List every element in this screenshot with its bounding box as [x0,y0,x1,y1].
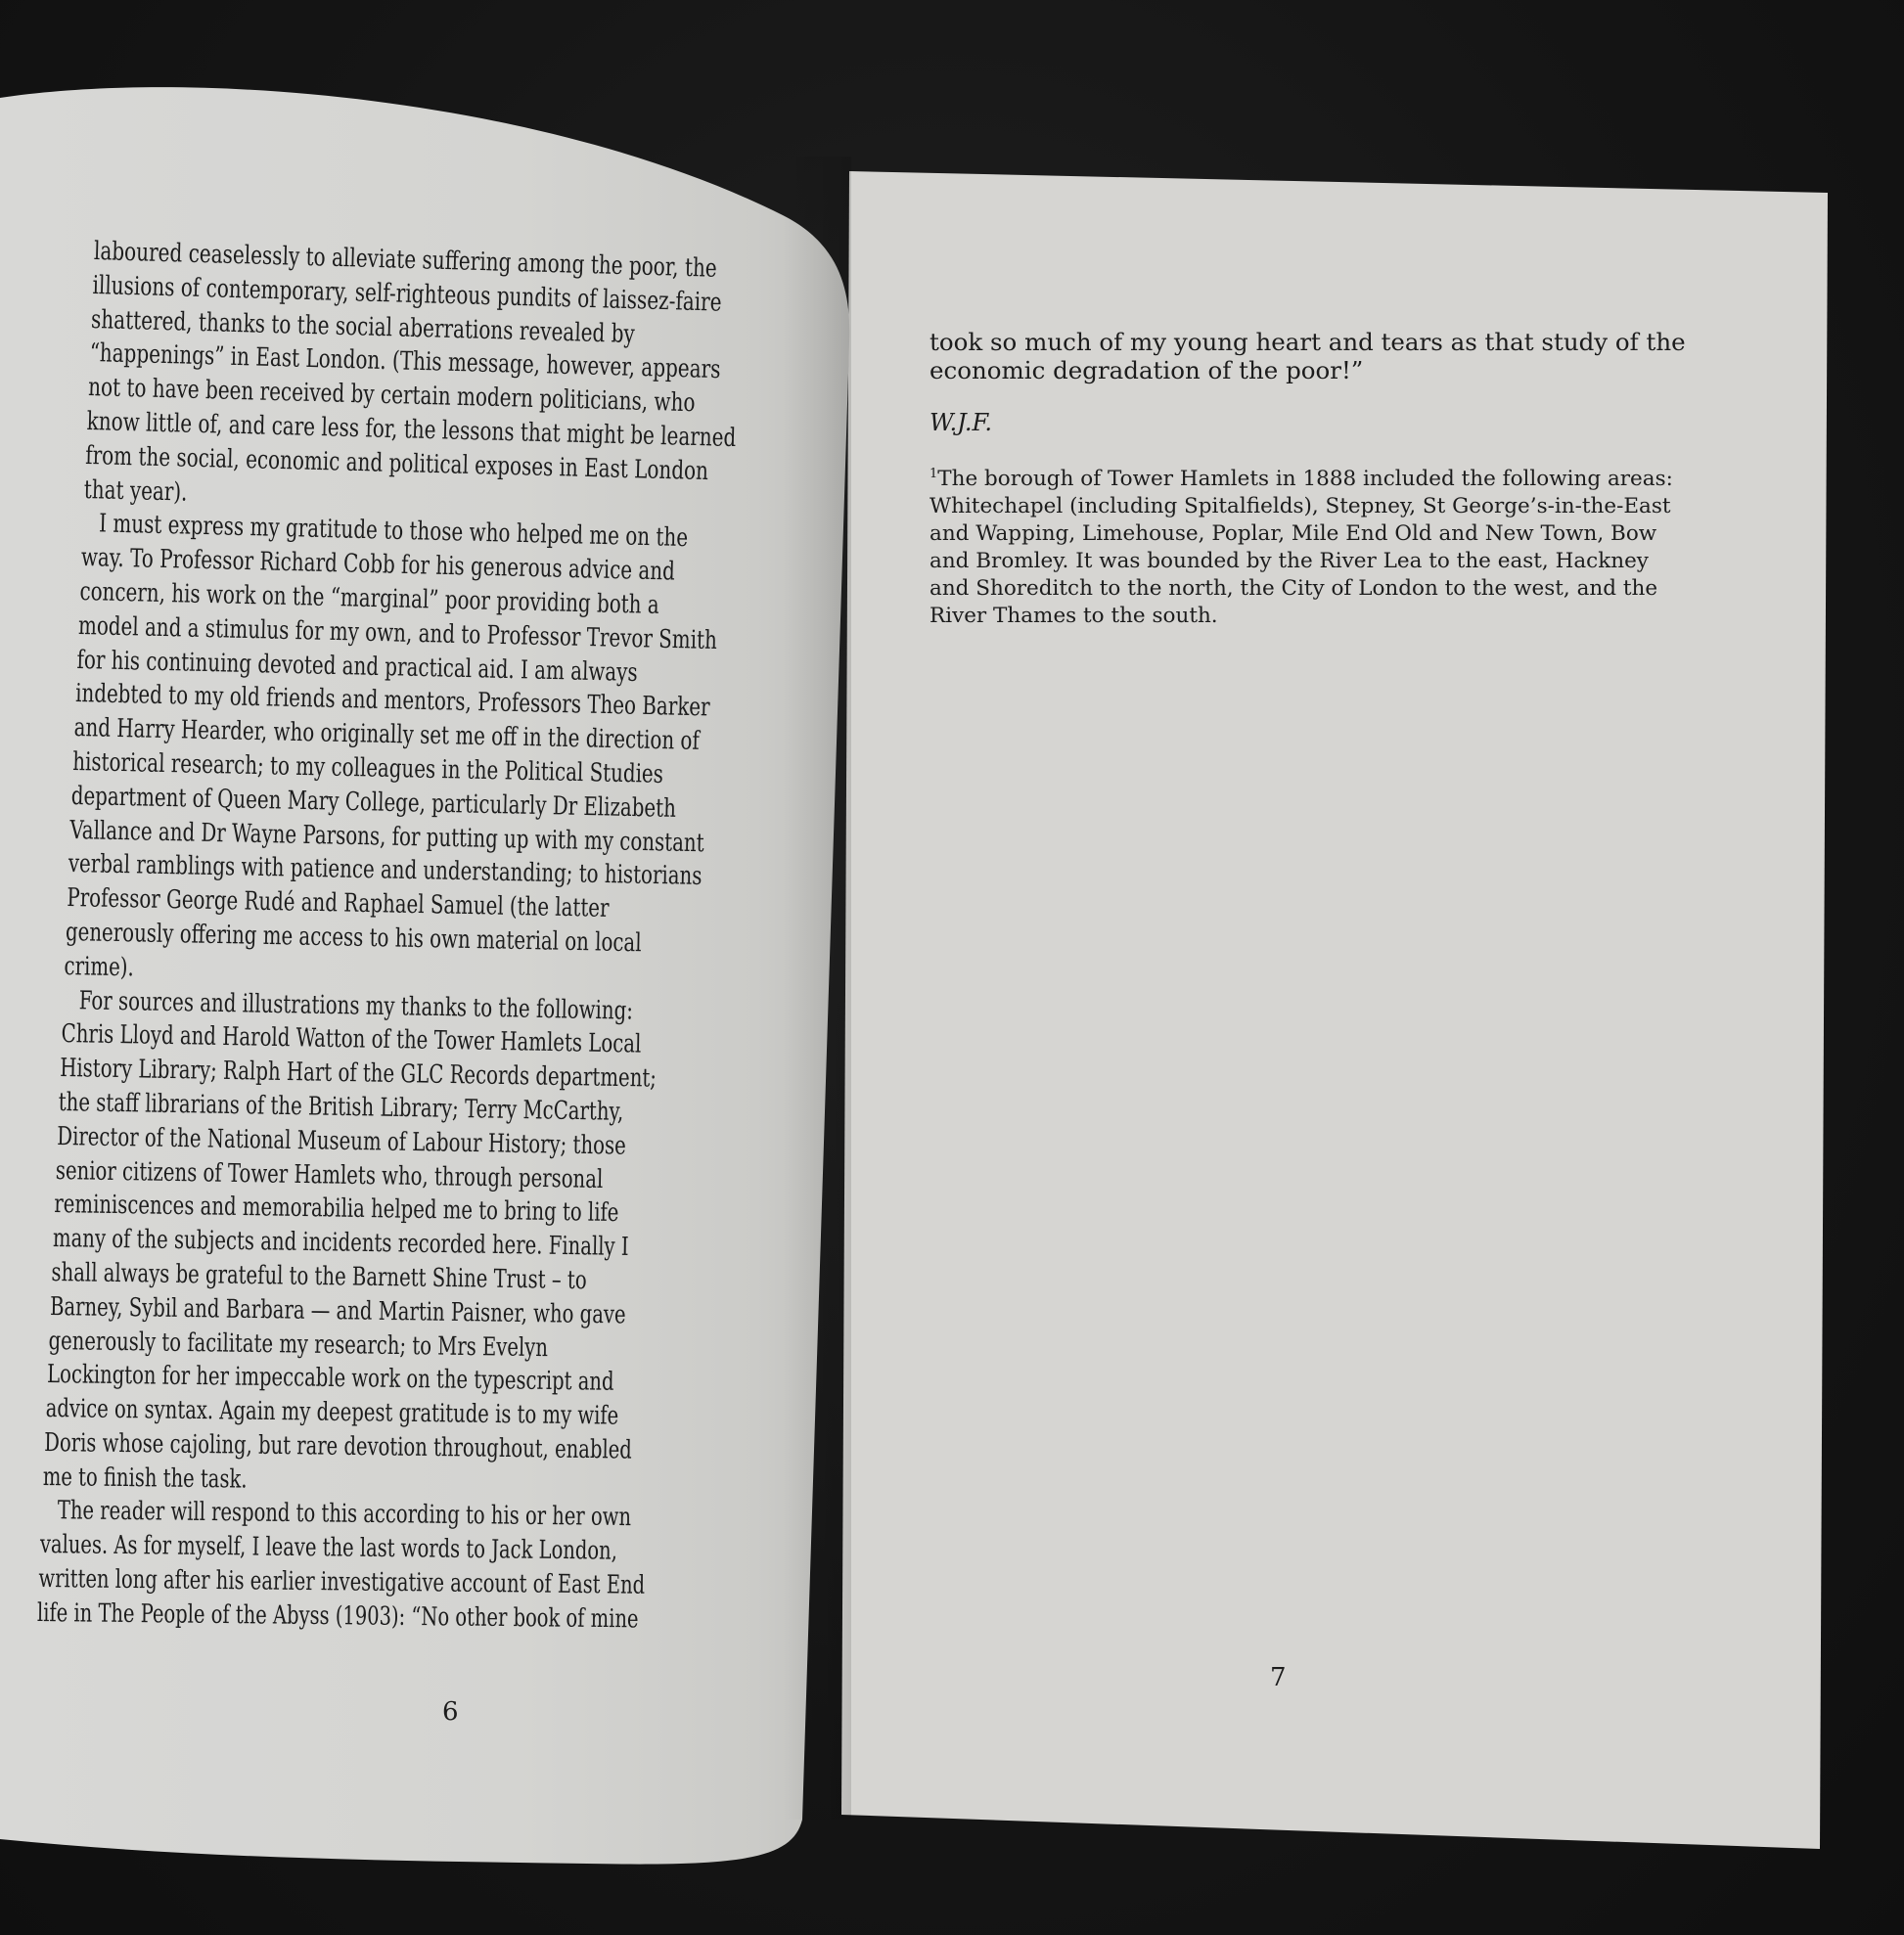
quote-line: economic degradation of the poor!” [929,356,1712,384]
footnote-line: and Wapping, Limehouse, Poplar, Mile End… [929,520,1712,548]
footnote: 1The borough of Tower Hamlets in 1888 in… [929,461,1712,630]
left-page-body: laboured ceaselessly to alleviate suffer… [94,235,838,1631]
quote-continuation: took so much of my young heart and tears… [929,328,1712,384]
page-number-right: 7 [1270,1663,1287,1692]
text-line: life in The People of the Abyss (1903): … [37,1597,595,1637]
page-number-left: 6 [442,1697,459,1727]
author-signature: W.J.F. [929,409,1712,436]
right-page-content: took so much of my young heart and tears… [929,328,1712,630]
quote-line: took so much of my young heart and tears… [929,328,1712,356]
footnote-line: Whitechapel (including Spitalfields), St… [929,493,1712,520]
footnote-line: and Bromley. It was bounded by the River… [929,548,1712,575]
footnote-line: 1The borough of Tower Hamlets in 1888 in… [929,461,1712,493]
footnote-line: River Thames to the south. [929,603,1712,630]
footnote-line: and Shoreditch to the north, the City of… [929,575,1712,603]
